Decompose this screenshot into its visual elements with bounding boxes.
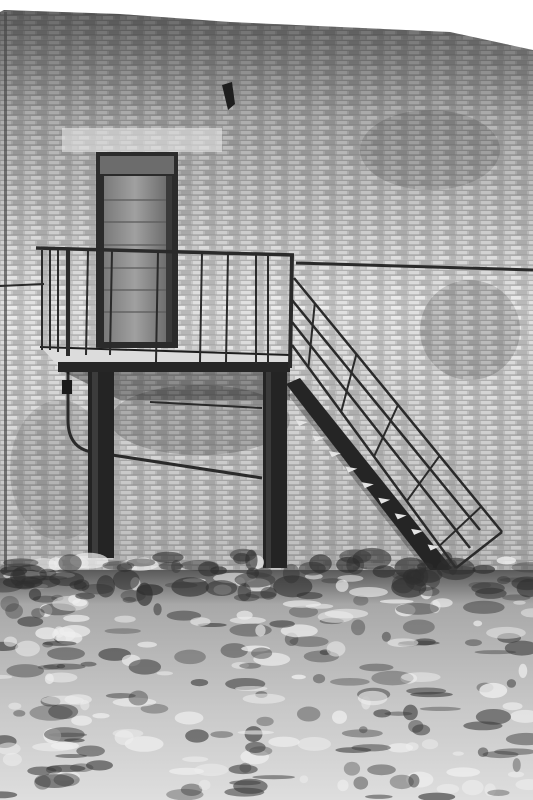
photo-canvas [0,0,533,800]
lintel [62,128,222,152]
photograph [0,0,533,800]
ground [0,548,533,800]
